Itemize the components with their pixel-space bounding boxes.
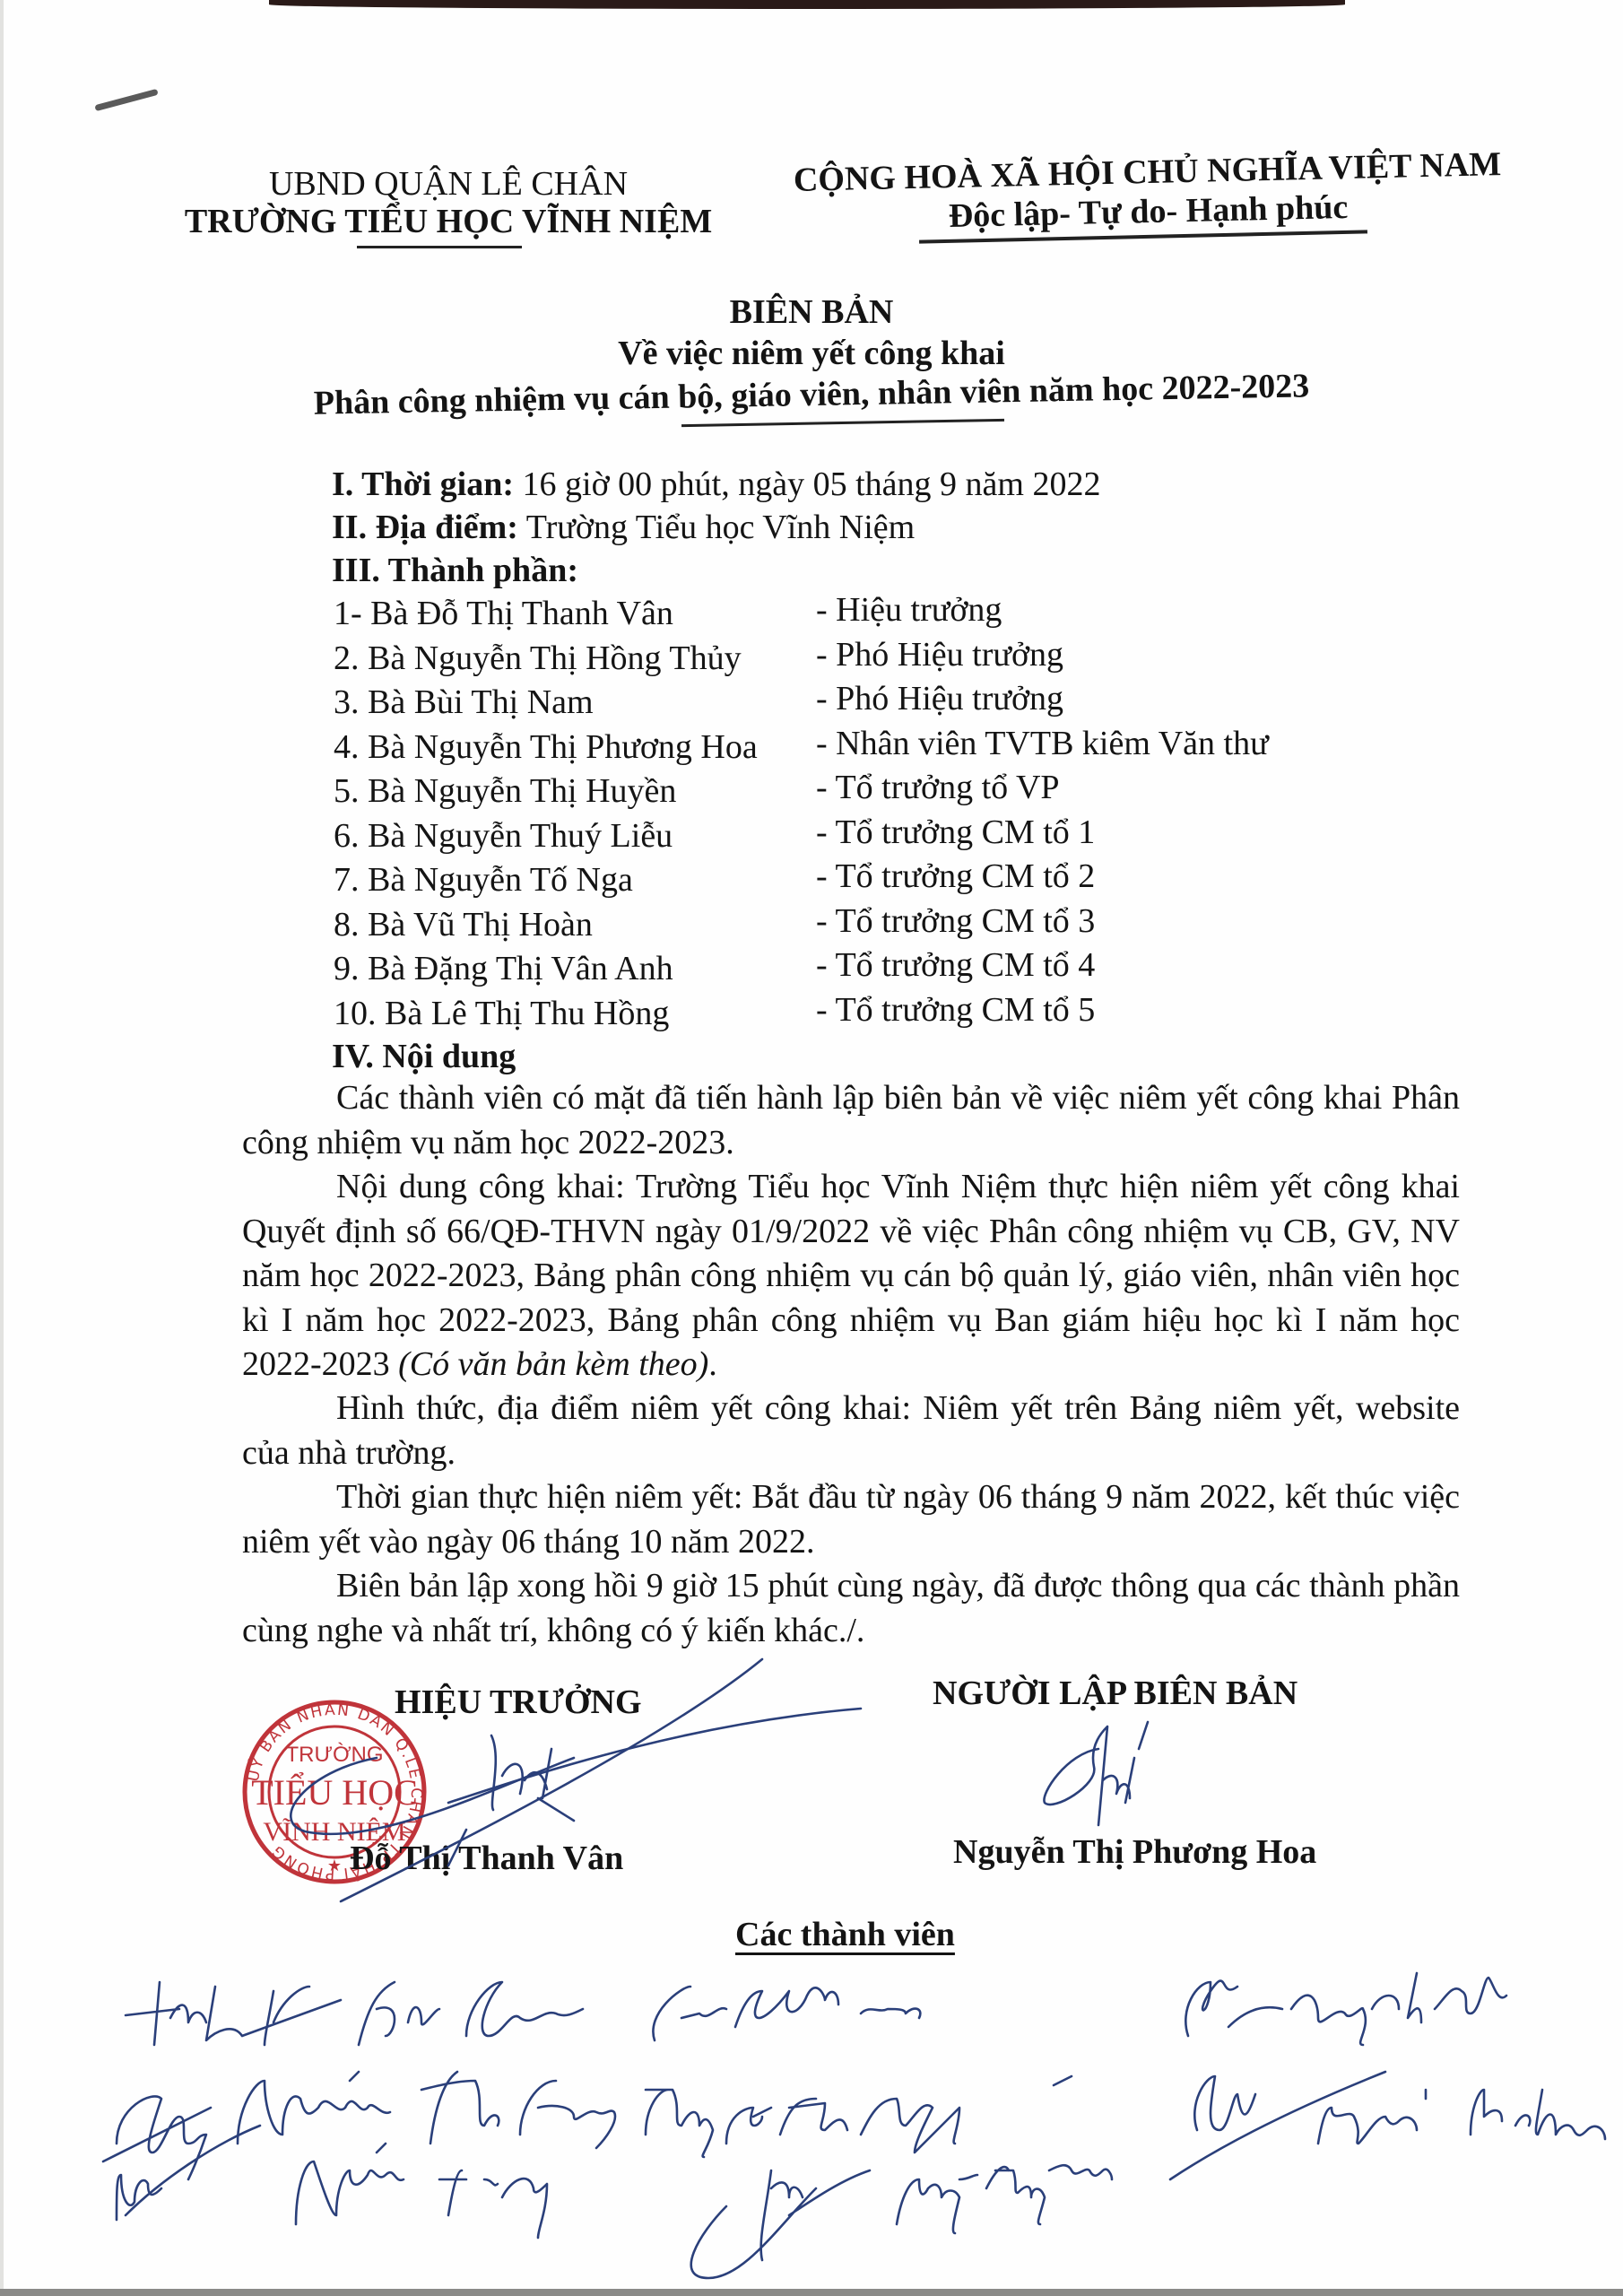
principal-signature — [291, 1659, 861, 1901]
member-signature-row-3 — [117, 2126, 1112, 2278]
member-signature-row-2 — [103, 2072, 1605, 2179]
member-signature-row-1 — [126, 1973, 1506, 2045]
recorder-signature — [1044, 1722, 1148, 1825]
signature-layer — [0, 0, 1623, 2296]
document-page: UBND QUẬN LÊ CHÂN TRƯỜNG TIỂU HỌC VĨNH N… — [0, 0, 1623, 2296]
